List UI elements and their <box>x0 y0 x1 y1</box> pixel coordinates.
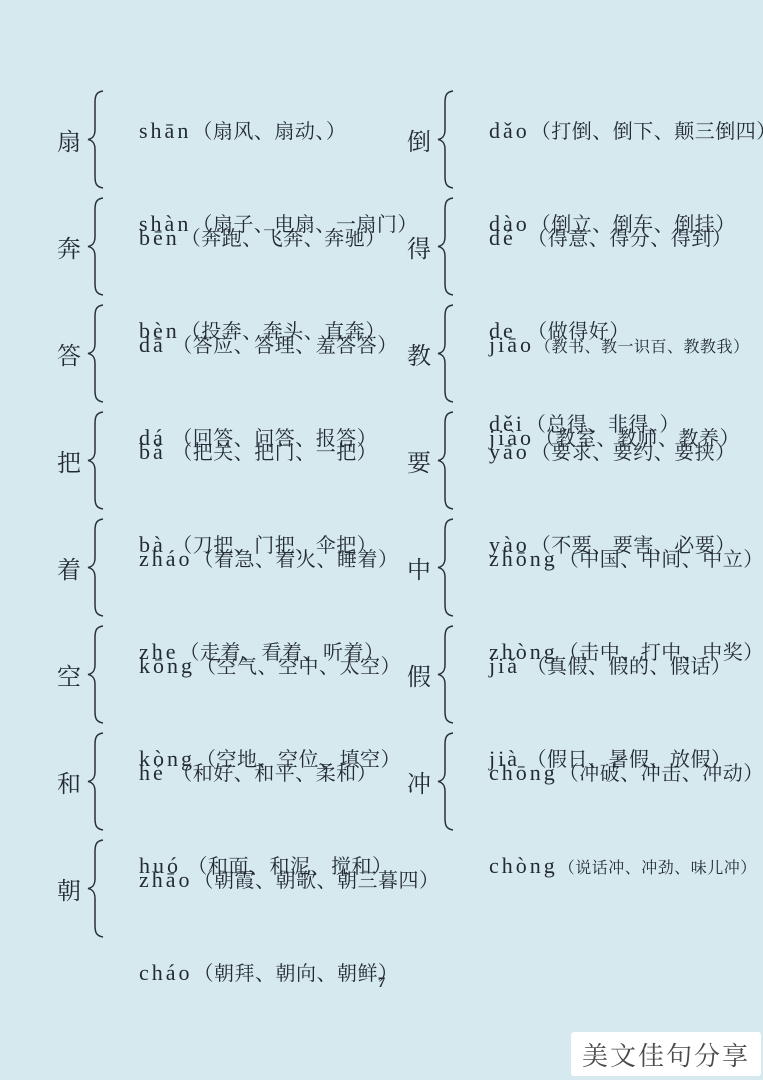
pinyin: dǎo <box>489 118 530 143</box>
examples: （朝霞、朝歌、朝三暮四） <box>194 870 440 892</box>
pinyin: jiǎ <box>489 653 520 678</box>
headword: 倒 <box>404 86 434 193</box>
pinyin: shān <box>139 118 191 143</box>
headword: 要 <box>404 407 434 514</box>
reading-line: hé （和好、和平、柔和） <box>107 728 404 821</box>
pinyin: hé <box>139 760 166 785</box>
brace-icon <box>84 407 104 514</box>
reading-line: jiǎ （真假、假的、假话） <box>457 621 754 714</box>
page-number: 7 <box>0 975 763 992</box>
headword: 中 <box>404 514 434 621</box>
pinyin-entry: 教 jiāo（教书、教一识百、教教我） jiào（教室、教师、教养） <box>404 300 754 407</box>
pinyin-entry: 奔 bēn（奔跑、飞奔、奔驰） bèn（投奔、奔头、直奔） <box>54 193 404 300</box>
examples: （奔跑、飞奔、奔驰） <box>181 228 386 250</box>
entries-area: 扇 shān（扇风、扇动、） shàn（扇子、电扇、一扇门） 奔 bēn（奔跑、… <box>54 86 763 942</box>
readings: dé （得意、得分、得到） de （做得好） děi（总得、非得、） <box>454 193 754 300</box>
pinyin: zhāo <box>139 867 193 892</box>
readings: jiāo（教书、教一识百、教教我） jiào（教室、教师、教养） <box>454 300 754 407</box>
examples: （冲破、冲击、冲动） <box>559 763 763 785</box>
readings: dǎo（打倒、倒下、颠三倒四） dào（倒立、倒车、倒挂） <box>454 86 763 193</box>
examples: （空气、空中、太空） <box>196 656 401 678</box>
reading-line: kōng（空气、空中、太空） <box>107 621 404 714</box>
pinyin: kōng <box>139 653 195 678</box>
pinyin-entry: 扇 shān（扇风、扇动、） shàn（扇子、电扇、一扇门） <box>54 86 404 193</box>
pinyin: bēn <box>139 225 180 250</box>
reading-line: yāo（要求、要约、要挟） <box>457 407 754 500</box>
readings: shān（扇风、扇动、） shàn（扇子、电扇、一扇门） <box>104 86 418 193</box>
examples: （把关、把门、一把） <box>167 442 378 464</box>
pinyin: dā <box>139 332 166 357</box>
readings: chōng（冲破、冲击、冲动） chòng（说话冲、冲劲、味儿冲） <box>454 728 763 835</box>
examples: （着急、着火、睡着） <box>194 549 399 571</box>
pinyin-entry: 冲 chōng（冲破、冲击、冲动） chòng（说话冲、冲劲、味儿冲） <box>404 728 754 835</box>
headword: 着 <box>54 514 84 621</box>
column-1: 扇 shān（扇风、扇动、） shàn（扇子、电扇、一扇门） 奔 bēn（奔跑、… <box>54 86 404 942</box>
pinyin-entry: 倒 dǎo（打倒、倒下、颠三倒四） dào（倒立、倒车、倒挂） <box>404 86 754 193</box>
brace-icon <box>84 86 104 193</box>
readings: dā （答应、答理、羞答答） dá （回答、问答、报答） <box>104 300 404 407</box>
headword: 空 <box>54 621 84 728</box>
examples: （答应、答理、羞答答） <box>167 335 398 357</box>
examples: （得意、得分、得到） <box>517 228 733 250</box>
brace-icon <box>434 86 454 193</box>
pinyin-entry: 得 dé （得意、得分、得到） de （做得好） děi（总得、非得、） <box>404 193 754 300</box>
readings: bēn（奔跑、飞奔、奔驰） bèn（投奔、奔头、直奔） <box>104 193 404 300</box>
pinyin-entry: 着 zháo（着急、着火、睡着） zhe（走着、看着、听着） <box>54 514 404 621</box>
examples: （扇风、扇动、） <box>192 121 346 143</box>
headword: 奔 <box>54 193 84 300</box>
reading-line: chòng（说话冲、冲劲、味儿冲） <box>457 821 763 914</box>
reading-line: zhōng（中国、中间、中立） <box>457 514 763 607</box>
watermark-text: 美文佳句分享 <box>582 1036 750 1073</box>
reading-line: jiāo（教书、教一识百、教教我） <box>457 300 754 393</box>
headword: 朝 <box>54 835 84 942</box>
brace-icon <box>434 407 454 514</box>
pinyin: chòng <box>489 853 558 878</box>
pinyin: dé <box>489 225 516 250</box>
reading-line: bēn（奔跑、飞奔、奔驰） <box>107 193 404 286</box>
brace-icon <box>84 514 104 621</box>
headword: 答 <box>54 300 84 407</box>
reading-line: zhāo（朝霞、朝歌、朝三暮四） <box>107 835 440 928</box>
brace-icon <box>434 514 454 621</box>
pinyin: chōng <box>489 760 558 785</box>
headword: 和 <box>54 728 84 835</box>
headword: 把 <box>54 407 84 514</box>
brace-icon <box>84 300 104 407</box>
reading-line: dé （得意、得分、得到） <box>457 193 754 286</box>
pinyin-entry: 空 kōng（空气、空中、太空） kòng（空地、空位、填空） <box>54 621 404 728</box>
headword: 假 <box>404 621 434 728</box>
column-2: 倒 dǎo（打倒、倒下、颠三倒四） dào（倒立、倒车、倒挂） 得 dé （得意… <box>404 86 754 942</box>
reading-line: chōng（冲破、冲击、冲动） <box>457 728 763 821</box>
brace-icon <box>434 193 454 300</box>
document-page: 扇 shān（扇风、扇动、） shàn（扇子、电扇、一扇门） 奔 bēn（奔跑、… <box>0 0 763 1080</box>
pinyin-entry: 中 zhōng（中国、中间、中立） zhòng（击中、打中、中奖） <box>404 514 754 621</box>
reading-line: dǎo（打倒、倒下、颠三倒四） <box>457 86 763 179</box>
readings: yāo（要求、要约、要挟） yào（不要、要害、必要） <box>454 407 754 514</box>
readings: zhōng（中国、中间、中立） zhòng（击中、打中、中奖） <box>454 514 763 621</box>
pinyin-entry: 朝 zhāo（朝霞、朝歌、朝三暮四） cháo（朝拜、朝向、朝鲜） <box>54 835 404 942</box>
examples: （打倒、倒下、颠三倒四） <box>531 121 763 143</box>
pinyin: yāo <box>489 439 530 464</box>
pinyin-entry: 要 yāo（要求、要约、要挟） yào（不要、要害、必要） <box>404 407 754 514</box>
examples: （教书、教一识百、教教我） <box>535 339 750 356</box>
headword: 教 <box>404 300 434 407</box>
brace-icon <box>434 621 454 728</box>
readings: kōng（空气、空中、太空） kòng（空地、空位、填空） <box>104 621 404 728</box>
brace-icon <box>84 835 104 942</box>
watermark-badge: 美文佳句分享 <box>571 1032 761 1076</box>
reading-line: bǎ （把关、把门、一把） <box>107 407 404 500</box>
pinyin-entry: 把 bǎ （把关、把门、一把） bà （刀把、门把、伞把） <box>54 407 404 514</box>
examples: （中国、中间、中立） <box>559 549 763 571</box>
headword: 扇 <box>54 86 84 193</box>
examples: （真假、假的、假话） <box>521 656 732 678</box>
examples: （说话冲、冲劲、味儿冲） <box>559 860 757 877</box>
readings: zháo（着急、着火、睡着） zhe（走着、看着、听着） <box>104 514 404 621</box>
pinyin: zhōng <box>489 546 558 571</box>
pinyin: jiāo <box>489 332 534 357</box>
readings: hé （和好、和平、柔和） huó （和面、和泥、搅和） <box>104 728 404 835</box>
pinyin: zháo <box>139 546 193 571</box>
pinyin-entry: 和 hé （和好、和平、柔和） huó （和面、和泥、搅和） <box>54 728 404 835</box>
examples: （和好、和平、柔和） <box>167 763 378 785</box>
brace-icon <box>434 300 454 407</box>
pinyin-entry: 假 jiǎ （真假、假的、假话） jià （假日、暑假、放假） <box>404 621 754 728</box>
brace-icon <box>84 193 104 300</box>
brace-icon <box>84 621 104 728</box>
readings: zhāo（朝霞、朝歌、朝三暮四） cháo（朝拜、朝向、朝鲜） <box>104 835 440 942</box>
examples: （要求、要约、要挟） <box>531 442 736 464</box>
headword: 得 <box>404 193 434 300</box>
readings: bǎ （把关、把门、一把） bà （刀把、门把、伞把） <box>104 407 404 514</box>
pinyin: bǎ <box>139 439 166 464</box>
reading-line: zháo（着急、着火、睡着） <box>107 514 404 607</box>
headword: 冲 <box>404 728 434 835</box>
brace-icon <box>84 728 104 835</box>
readings: jiǎ （真假、假的、假话） jià （假日、暑假、放假） <box>454 621 754 728</box>
pinyin-entry: 答 dā （答应、答理、羞答答） dá （回答、问答、报答） <box>54 300 404 407</box>
reading-line: dā （答应、答理、羞答答） <box>107 300 404 393</box>
reading-line: shān（扇风、扇动、） <box>107 86 418 179</box>
brace-icon <box>434 728 454 835</box>
